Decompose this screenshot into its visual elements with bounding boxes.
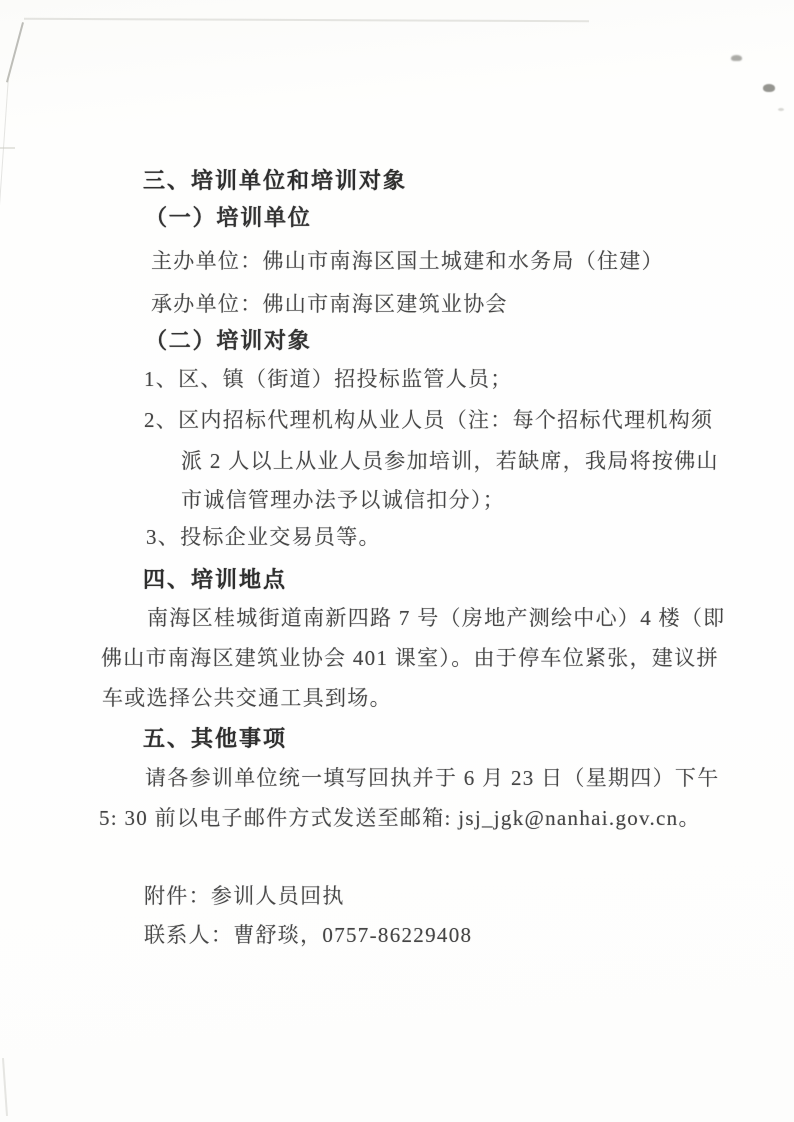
section3-sub2-heading: （二）培训对象	[145, 326, 312, 356]
trainee-item-2-line3: 市诚信管理办法予以诚信扣分）；	[181, 485, 505, 515]
trainee-item-2-line2: 派 2 人以上从业人员参加培训，若缺席，我局将按佛山	[181, 446, 719, 476]
section4-heading: 四、培训地点	[143, 565, 287, 595]
other-matters-line-2: 5: 30 前以电子邮件方式发送至邮箱: jsj_jgk@nanhai.gov.…	[99, 803, 701, 833]
trainee-item-1: 1、区、镇（街道）招投标监管人员；	[144, 364, 513, 394]
location-line-1: 南海区桂城街道南新四路 7 号（房地产测绘中心）4 楼（即	[147, 603, 725, 633]
scan-speck	[778, 108, 784, 111]
other-matters-line-1: 请各参训单位统一填写回执并于 6 月 23 日（星期四）下午	[145, 763, 720, 793]
attachment-line: 附件：参训人员回执	[144, 881, 345, 911]
corner-fold-tail	[0, 78, 9, 218]
top-scan-line	[24, 18, 589, 22]
bottom-left-streak	[2, 1058, 8, 1116]
trainee-item-2-line1: 2、区内招标代理机构从业人员（注：每个招标代理机构须	[144, 405, 713, 435]
host-unit-line: 主办单位：佛山市南海区国土城建和水务局（住建）	[151, 246, 664, 276]
section3-heading: 三、培训单位和培训对象	[143, 166, 407, 196]
left-edge-dash	[0, 147, 15, 149]
section3-sub1-heading: （一）培训单位	[145, 203, 312, 233]
scanned-document-page: 三、培训单位和培训对象 （一）培训单位 主办单位：佛山市南海区国土城建和水务局（…	[0, 0, 794, 1122]
trainee-item-3: 3、投标企业交易员等。	[146, 522, 381, 552]
location-line-3: 车或选择公共交通工具到场。	[102, 683, 392, 713]
scan-speck	[731, 55, 742, 61]
scan-speck	[763, 84, 775, 92]
organizer-unit-line: 承办单位：佛山市南海区建筑业协会	[151, 289, 508, 319]
section5-heading: 五、其他事项	[143, 724, 287, 754]
corner-fold-line	[6, 22, 23, 82]
contact-person-line: 联系人：曹舒琰，0757-86229408	[144, 920, 472, 950]
location-line-2: 佛山市南海区建筑业协会 401 课室）。由于停车位紧张，建议拼	[101, 643, 719, 673]
